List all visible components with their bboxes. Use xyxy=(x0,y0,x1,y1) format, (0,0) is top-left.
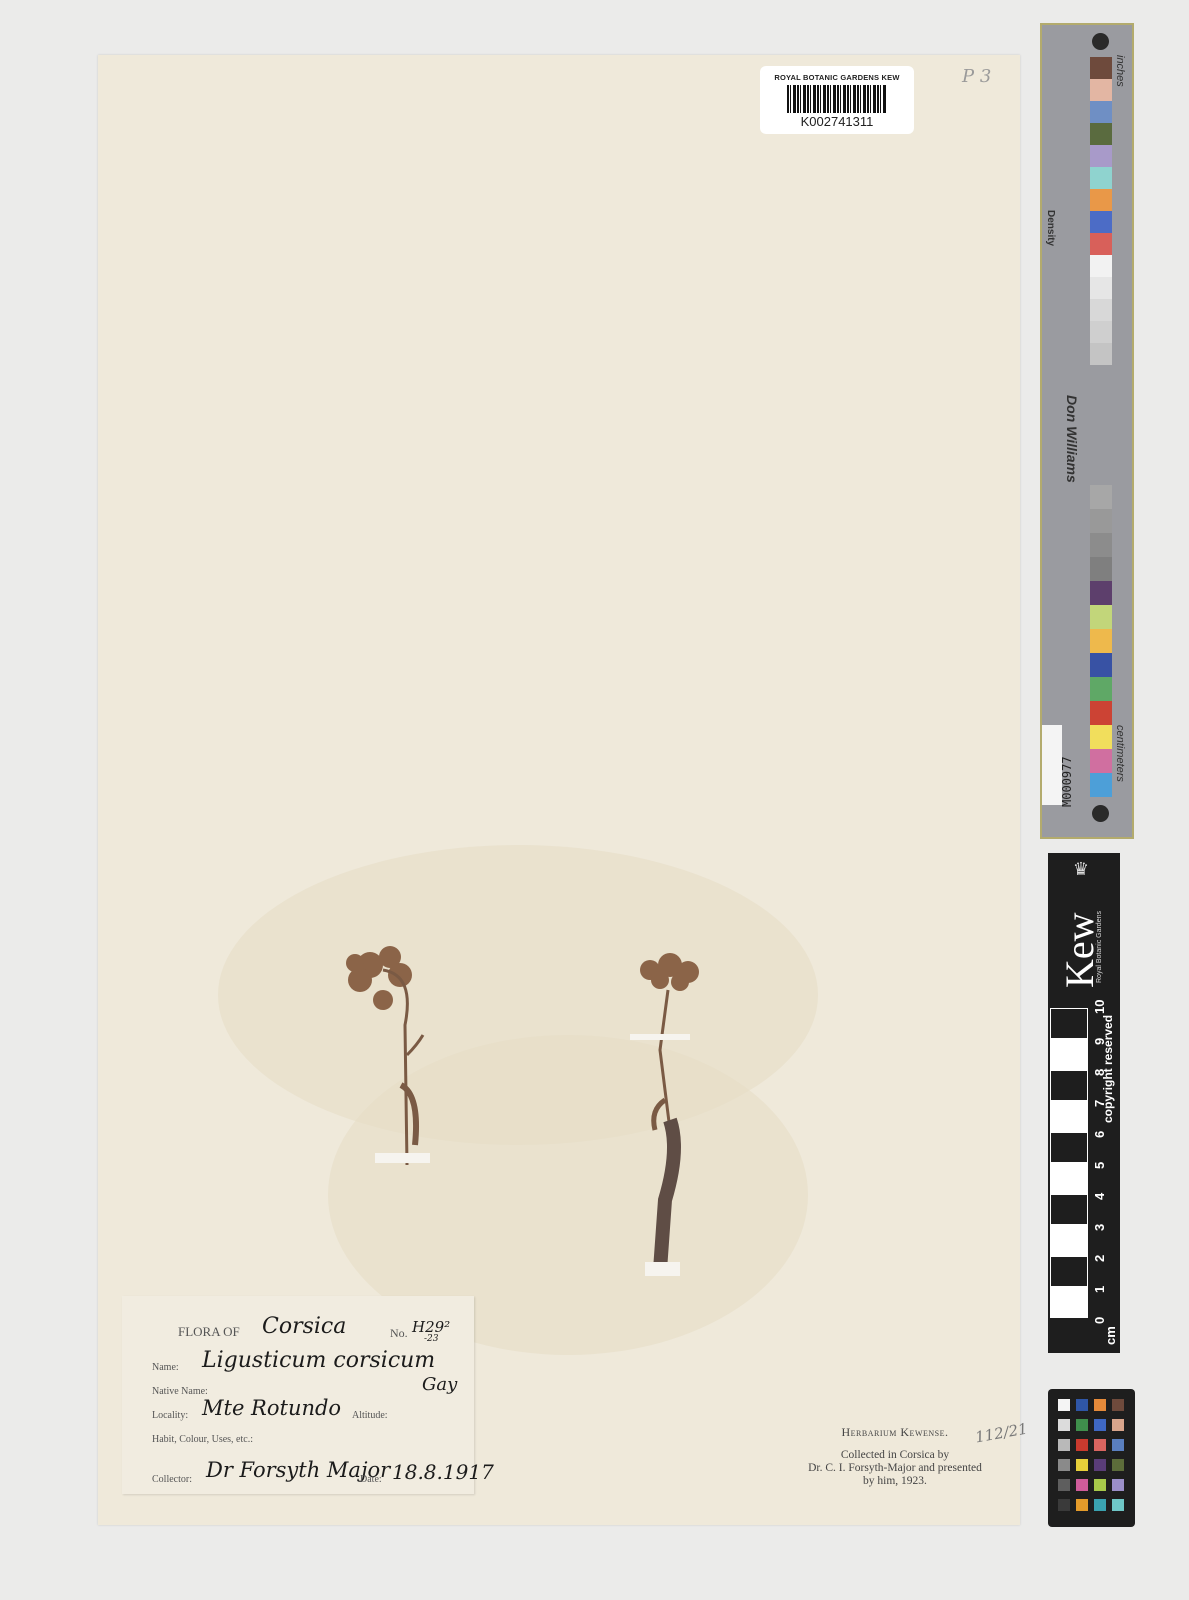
herbarium-line-3: by him, 1923. xyxy=(770,1475,1020,1488)
color-chip xyxy=(1112,1399,1124,1411)
color-swatch xyxy=(1090,581,1112,605)
registration-dot-icon xyxy=(1092,33,1109,50)
ruler-tick-label: 0 xyxy=(1092,1317,1107,1324)
unit-label: cm xyxy=(1103,1326,1118,1345)
color-swatch xyxy=(1090,605,1112,629)
color-chip xyxy=(1112,1479,1124,1491)
collector-label: FLORA OF Corsica No. H29² -23 Name: Ligu… xyxy=(122,1296,474,1494)
ruler-segment xyxy=(1050,1101,1088,1132)
name-label: Name: xyxy=(152,1362,179,1373)
color-swatch xyxy=(1090,167,1112,189)
sheet-annotation: P 3 xyxy=(962,66,991,87)
altitude-label: Altitude: xyxy=(352,1410,388,1421)
ruler-segment xyxy=(1050,1287,1088,1318)
color-calibration-strip: Don Williams inches centimeters Density … xyxy=(1040,23,1134,839)
color-swatch xyxy=(1090,557,1112,581)
color-swatch xyxy=(1090,277,1112,299)
color-swatch xyxy=(1090,57,1112,79)
color-swatch xyxy=(1090,145,1112,167)
ruler-segment xyxy=(1050,1039,1088,1070)
inches-label: inches xyxy=(1114,55,1126,87)
color-swatch xyxy=(1090,485,1112,509)
color-chip xyxy=(1112,1439,1124,1451)
color-swatch xyxy=(1090,773,1112,797)
ruler-tick-label: 10 xyxy=(1092,1000,1107,1014)
color-chip xyxy=(1058,1479,1070,1491)
color-swatch xyxy=(1090,189,1112,211)
color-chip xyxy=(1094,1479,1106,1491)
ruler-tick-label: 2 xyxy=(1092,1255,1107,1262)
copyright-text: copyright reserved xyxy=(1101,1015,1115,1123)
herbarium-line-2: Dr. C. I. Forsyth-Major and presented xyxy=(770,1462,1020,1475)
kew-subtitle: Royal Botanic Gardens xyxy=(1096,911,1103,983)
color-chip xyxy=(1058,1459,1070,1471)
color-swatch xyxy=(1090,653,1112,677)
collector-field-label: Collector: xyxy=(152,1474,192,1485)
color-swatch xyxy=(1090,749,1112,773)
ruler-segment xyxy=(1050,1225,1088,1256)
color-chip xyxy=(1094,1399,1106,1411)
plant-illustration-icon xyxy=(620,950,740,1310)
color-checker-card xyxy=(1048,1389,1135,1527)
taxon-name: Ligusticum corsicum xyxy=(202,1348,435,1373)
color-swatch xyxy=(1090,725,1112,749)
color-chip xyxy=(1076,1479,1088,1491)
color-swatch xyxy=(1090,343,1112,365)
flora-of-label: FLORA OF xyxy=(178,1324,240,1339)
kew-scale-bar: ♛ Kew Royal Botanic Gardens 012345678910… xyxy=(1048,853,1120,1353)
registration-dot-icon xyxy=(1092,805,1109,822)
taxon-author: Gay xyxy=(422,1374,457,1395)
number-label: No. xyxy=(390,1326,408,1341)
date-value: 18.8.1917 xyxy=(392,1460,494,1484)
density-label: Density xyxy=(1045,210,1056,246)
color-swatch xyxy=(1090,321,1112,343)
color-swatch xyxy=(1090,233,1112,255)
color-chip xyxy=(1076,1399,1088,1411)
ruler-segment xyxy=(1050,1132,1088,1163)
ruler-tick-label: 3 xyxy=(1092,1224,1107,1231)
royal-crest-icon: ♛ xyxy=(1066,859,1096,883)
color-chip xyxy=(1058,1419,1070,1431)
color-chip xyxy=(1094,1439,1106,1451)
locality-value: Mte Rotundo xyxy=(202,1396,341,1420)
color-swatch xyxy=(1090,533,1112,557)
color-chip xyxy=(1076,1499,1088,1511)
centimeters-label: centimeters xyxy=(1114,725,1126,782)
color-chip xyxy=(1058,1499,1070,1511)
institution-name: ROYAL BOTANIC GARDENS KEW xyxy=(760,73,914,82)
region-value: Corsica xyxy=(262,1314,346,1339)
color-chip xyxy=(1112,1499,1124,1511)
color-swatch xyxy=(1090,677,1112,701)
color-chip xyxy=(1112,1459,1124,1471)
color-swatch xyxy=(1090,79,1112,101)
ruler-tick-label: 5 xyxy=(1092,1162,1107,1169)
color-chip xyxy=(1112,1419,1124,1431)
color-chip xyxy=(1076,1439,1088,1451)
color-swatch xyxy=(1090,211,1112,233)
color-chip xyxy=(1076,1459,1088,1471)
locality-label: Locality: xyxy=(152,1410,188,1421)
color-chip xyxy=(1094,1499,1106,1511)
color-swatch xyxy=(1090,629,1112,653)
color-swatch xyxy=(1090,101,1112,123)
barcode-icon xyxy=(787,85,887,113)
color-chip xyxy=(1094,1459,1106,1471)
habit-label: Habit, Colour, Uses, etc.: xyxy=(152,1434,253,1445)
herbarium-line-1: Collected in Corsica by xyxy=(770,1449,1020,1462)
ruler-tick-label: 6 xyxy=(1092,1131,1107,1138)
native-name-label: Native Name: xyxy=(152,1386,208,1397)
ruler-tick-label: 1 xyxy=(1092,1286,1107,1293)
number-sub-value: -23 xyxy=(424,1334,439,1344)
color-swatch xyxy=(1090,509,1112,533)
color-swatch xyxy=(1090,123,1112,145)
color-chip xyxy=(1094,1419,1106,1431)
date-label: Date: xyxy=(360,1474,382,1485)
ruler-segment xyxy=(1050,1070,1088,1101)
plant-illustration-icon xyxy=(335,935,475,1195)
barcode-label: ROYAL BOTANIC GARDENS KEW K002741311 xyxy=(760,66,914,134)
color-swatch xyxy=(1090,701,1112,725)
ruler-segment xyxy=(1050,1256,1088,1287)
color-swatch xyxy=(1090,299,1112,321)
ruler-tick-label: 4 xyxy=(1092,1193,1107,1200)
color-swatch xyxy=(1090,255,1112,277)
color-chip xyxy=(1076,1419,1088,1431)
strip-id: M000977 xyxy=(1060,756,1074,807)
color-chip xyxy=(1058,1439,1070,1451)
strip-brand: Don Williams xyxy=(1064,395,1080,483)
ruler-segment xyxy=(1050,1163,1088,1194)
ruler-segment xyxy=(1050,1194,1088,1225)
barcode-number: K002741311 xyxy=(760,114,914,129)
ruler-segment xyxy=(1050,1008,1088,1039)
color-chip xyxy=(1058,1399,1070,1411)
